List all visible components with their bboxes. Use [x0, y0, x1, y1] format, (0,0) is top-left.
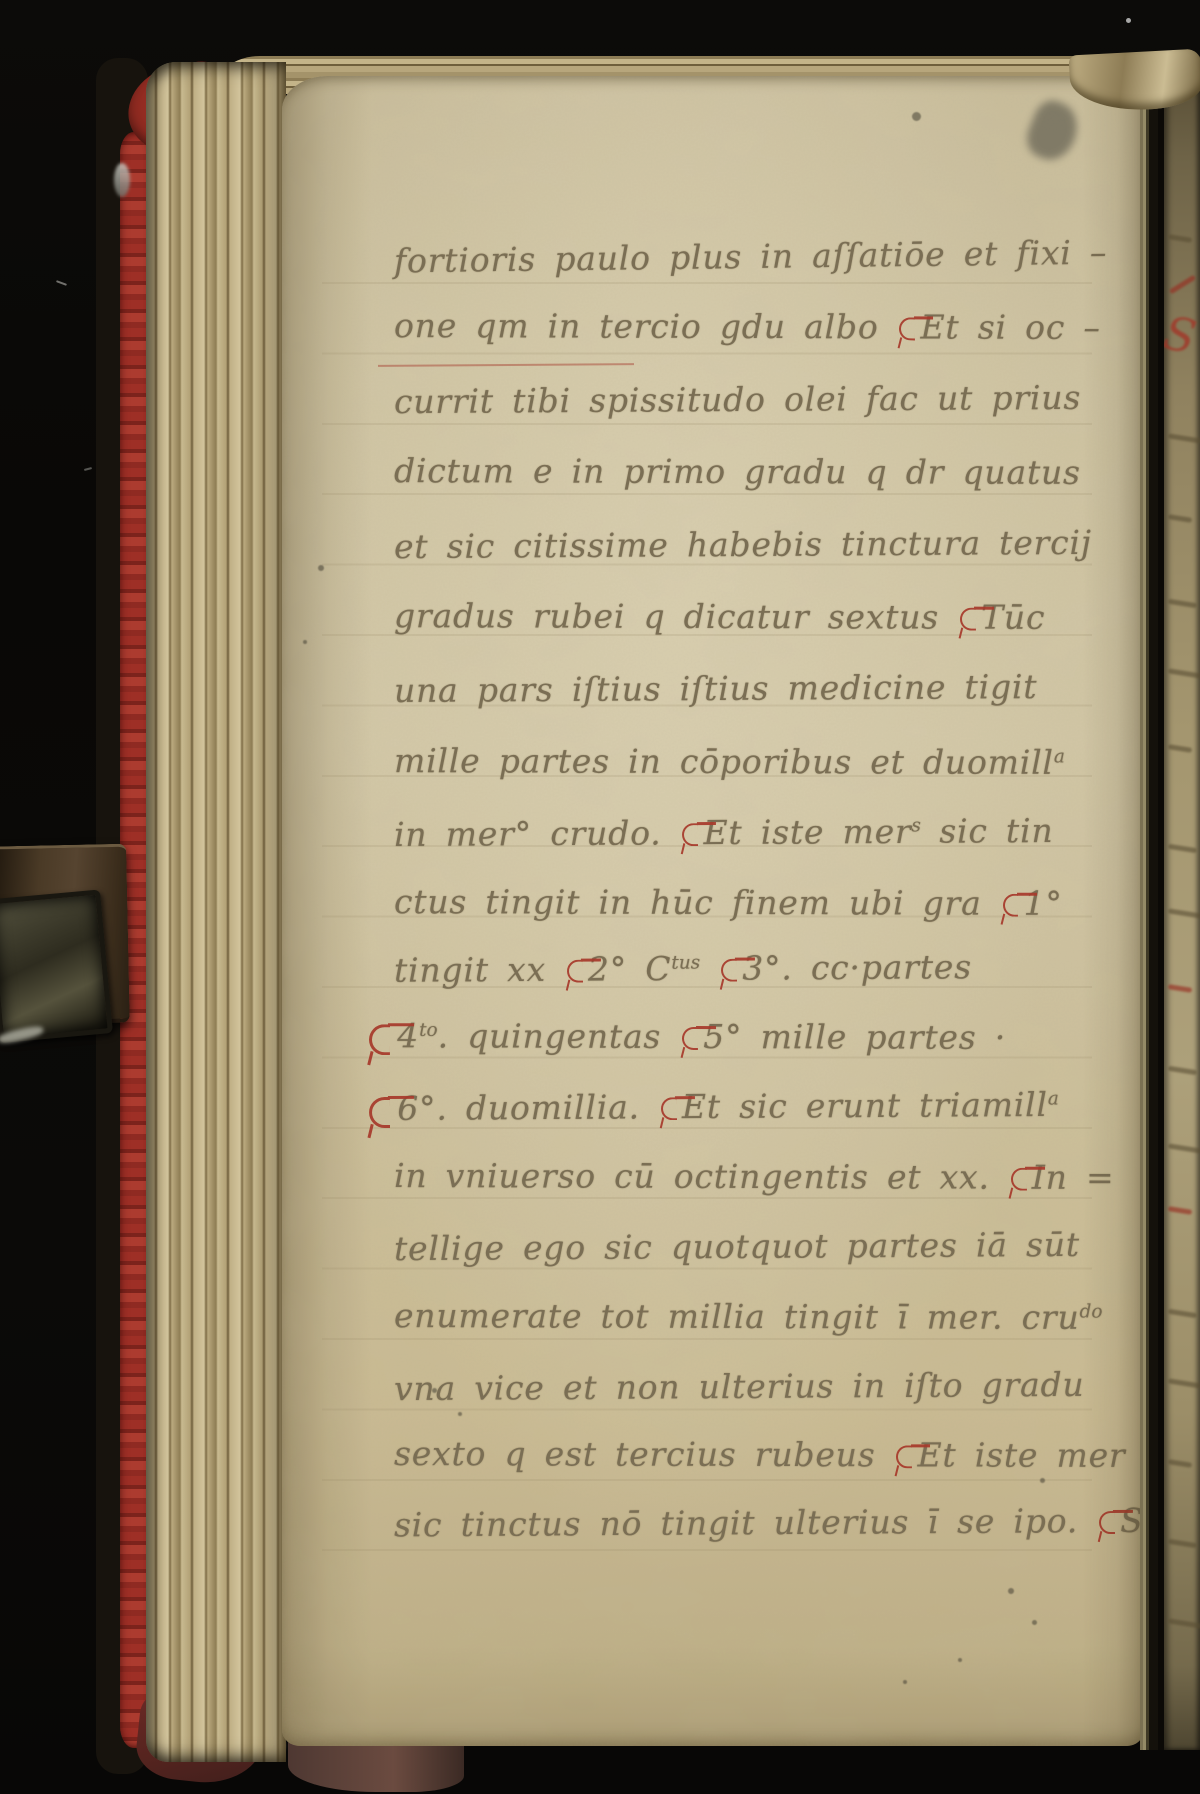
scratch-mark	[56, 280, 67, 286]
text-segment: mille partes in cōporibus et duomill	[394, 741, 1054, 782]
rubric-capitulum-mark	[369, 1024, 390, 1055]
ghost-text-fragment	[1168, 744, 1192, 753]
ghost-text-fragment	[1168, 234, 1192, 243]
scratch-mark	[1126, 18, 1131, 23]
manuscript-line: 4to. quingentas 5° mille partes ·	[366, 1019, 1006, 1056]
rubric-capitulum-mark	[1003, 894, 1019, 917]
manuscript-line: fortioris paulo plus in aſſatiōe et fixi…	[394, 236, 1108, 278]
manuscript-line: sic tinctus nō tingit ulterius ī se ipo.…	[394, 1504, 1186, 1542]
rubric-capitulum-mark	[899, 317, 915, 340]
ghost-text-fragment	[1168, 908, 1200, 918]
manuscript-line: et sic citissime habebis tinctura tercij	[394, 526, 1092, 563]
ruling-lines	[322, 236, 1092, 1586]
text-segment: enumerate tot millia tingit ī mer. cru	[394, 1296, 1080, 1337]
ghost-text-fragment	[1169, 275, 1196, 295]
text-segment: una pars iſtius iſtius medicine tigit	[394, 667, 1038, 710]
text-segment: tellige ego sic quotquot partes iā sūt	[394, 1225, 1080, 1268]
ghost-text-fragment	[1168, 433, 1200, 443]
text-segment: 1°	[1024, 884, 1063, 923]
ink-speck	[958, 1658, 962, 1662]
text-segment: dictum e in primo gradu q dr quatus	[394, 451, 1081, 492]
ink-speck	[903, 1680, 907, 1684]
text-segment: . quingentas	[438, 1016, 680, 1056]
ghost-text-fragment	[1168, 1143, 1200, 1153]
text-segment: currit tibi spissitudo olei fac ut prius	[394, 378, 1081, 421]
ink-speck	[1032, 1620, 1037, 1625]
ghost-text-fragment	[1168, 1378, 1200, 1388]
manuscript-line: one qm in tercio gdu albo Et si oc –	[394, 309, 1101, 344]
ghost-text-fragment	[1168, 1459, 1192, 1468]
text-segment: fortioris paulo plus in aſſatiōe et fixi…	[394, 233, 1108, 281]
manuscript-line: 6°. duomillia. Et sic erunt triamilla	[366, 1088, 1059, 1128]
manuscript-line: vna vice et non ulterius in iſto gradu	[394, 1368, 1085, 1405]
scratch-mark	[84, 467, 92, 471]
text-segment: ctus tingit in hūc finem ubi gra	[394, 882, 1000, 923]
text-segment	[700, 949, 719, 988]
rubric-capitulum-mark	[960, 607, 976, 630]
ink-speck	[1008, 1588, 1014, 1594]
text-segment: sic tin	[921, 811, 1054, 851]
ghost-text-fragment	[1168, 984, 1192, 993]
rubric-capitulum-mark	[682, 1027, 698, 1050]
ink-speck	[458, 1412, 462, 1416]
leather-strap	[0, 844, 130, 1026]
parchment-texture	[282, 76, 1143, 1746]
text-segment: 2° C	[588, 949, 672, 989]
text-segment: a	[1054, 746, 1065, 767]
red-rule-fragment	[378, 363, 634, 367]
ink-smudge	[1021, 95, 1085, 166]
page-edges-stack	[146, 62, 286, 1762]
rubric-capitulum-mark	[1099, 1511, 1115, 1534]
ink-speck	[1040, 1478, 1045, 1483]
text-segment: do	[1080, 1301, 1103, 1322]
photograph-of-manuscript: { "photo": { "background_color": "#0b0a0…	[0, 0, 1200, 1794]
text-segment: 3°. cc·partes	[742, 947, 972, 987]
text-block: fortioris paulo plus in aſſatiōe et fixi…	[380, 238, 1000, 1568]
manuscript-line: currit tibi spissitudo olei fac ut prius	[394, 381, 1081, 418]
ink-speck	[432, 1388, 437, 1393]
text-segment: In =	[1032, 1158, 1115, 1197]
rubric-capitulum-mark	[369, 1097, 390, 1128]
text-segment: in vniuerso cū octingentis et xx.	[394, 1156, 1008, 1197]
ghost-text-fragment	[1168, 599, 1197, 608]
facing-page-sliver: S	[1164, 56, 1200, 1750]
manuscript-line: in vniuerso cū octingentis et xx. In =	[394, 1159, 1115, 1194]
manuscript-line: una pars iſtius iſtius medicine tigit	[394, 670, 1038, 707]
text-segment: et sic citissime habebis tinctura tercij	[394, 523, 1092, 566]
manuscript-line: in mer° crudo. Et iste mers sic tin	[394, 814, 1054, 851]
text-segment: 6°. duomillia.	[397, 1087, 658, 1128]
text-segment: tingit xx	[394, 950, 564, 990]
manuscript-line: sexto q est tercius rubeus Et iste mer q	[394, 1437, 1166, 1472]
ink-speck	[912, 112, 921, 121]
rubric-capitulum-mark	[1011, 1168, 1027, 1191]
text-segment: 5° mille partes ·	[703, 1017, 1006, 1057]
text-segment: Et iste mer q	[917, 1435, 1165, 1475]
text-segment: sexto q est tercius rubeus	[394, 1434, 894, 1474]
ghost-text-fragment	[1168, 668, 1200, 678]
rubric-capitulum-mark	[682, 823, 698, 846]
text-segment: Et si oc –	[921, 307, 1101, 346]
text-segment: s	[911, 815, 921, 836]
ghost-text-fragment	[1168, 844, 1197, 853]
metal-fitting-glint	[114, 163, 130, 197]
ghost-text-fragment	[1168, 1309, 1197, 1318]
text-segment: vna vice et non ulterius in iſto gradu	[394, 1365, 1085, 1408]
ghost-text-fragment	[1168, 1618, 1200, 1628]
rubric-capitulum-mark	[896, 1445, 912, 1468]
text-segment: in mer° crudo.	[394, 813, 680, 854]
ink-speck	[303, 640, 307, 644]
text-segment: gradus rubei q dicatur sextus	[394, 596, 957, 636]
ink-speck	[318, 565, 324, 571]
text-segment: to	[419, 1020, 438, 1041]
text-segment: tus	[671, 952, 700, 973]
facing-page-red-initial: S	[1164, 305, 1200, 364]
manuscript-line: mille partes in cōporibus et duomilla	[394, 744, 1065, 779]
text-segment: one qm in tercio gdu albo	[394, 306, 897, 346]
manuscript-line: dictum e in primo gradu q dr quatus	[394, 454, 1081, 489]
ghost-text-fragment	[1168, 1206, 1192, 1215]
text-segment: a	[1048, 1088, 1059, 1109]
leather-cover-bottom-corner	[288, 1738, 464, 1792]
metal-clasp	[0, 889, 113, 1043]
text-segment: Et sic erunt triamill	[682, 1085, 1048, 1126]
manuscript-line: tellige ego sic quotquot partes iā sūt	[394, 1228, 1080, 1265]
rubric-capitulum-mark	[721, 959, 737, 982]
rubric-capitulum-mark	[567, 959, 583, 982]
text-segment: sic tinctus nō tingit ulterius ī se ipo.	[394, 1501, 1097, 1544]
manuscript-line: enumerate tot millia tingit ī mer. crudo	[394, 1299, 1103, 1334]
gutter-gap	[1140, 56, 1164, 1750]
manuscript-line: gradus rubei q dicatur sextus Tūc	[394, 599, 1045, 634]
rubric-capitulum-mark	[661, 1097, 677, 1120]
manuscript-line: tingit xx 2° Ctus 3°. cc·partes	[394, 950, 972, 987]
manuscript-page: fortioris paulo plus in aſſatiōe et fixi…	[282, 76, 1143, 1746]
ghost-text-fragment	[1168, 1066, 1197, 1075]
manuscript-line: ctus tingit in hūc finem ubi gra 1°	[394, 885, 1063, 920]
text-segment: 4	[397, 1016, 419, 1055]
text-segment: Tūc	[981, 598, 1045, 637]
ghost-text-fragment	[1168, 1539, 1197, 1548]
text-segment: Et iste mer	[703, 812, 911, 852]
ghost-text-fragment	[1168, 514, 1192, 523]
